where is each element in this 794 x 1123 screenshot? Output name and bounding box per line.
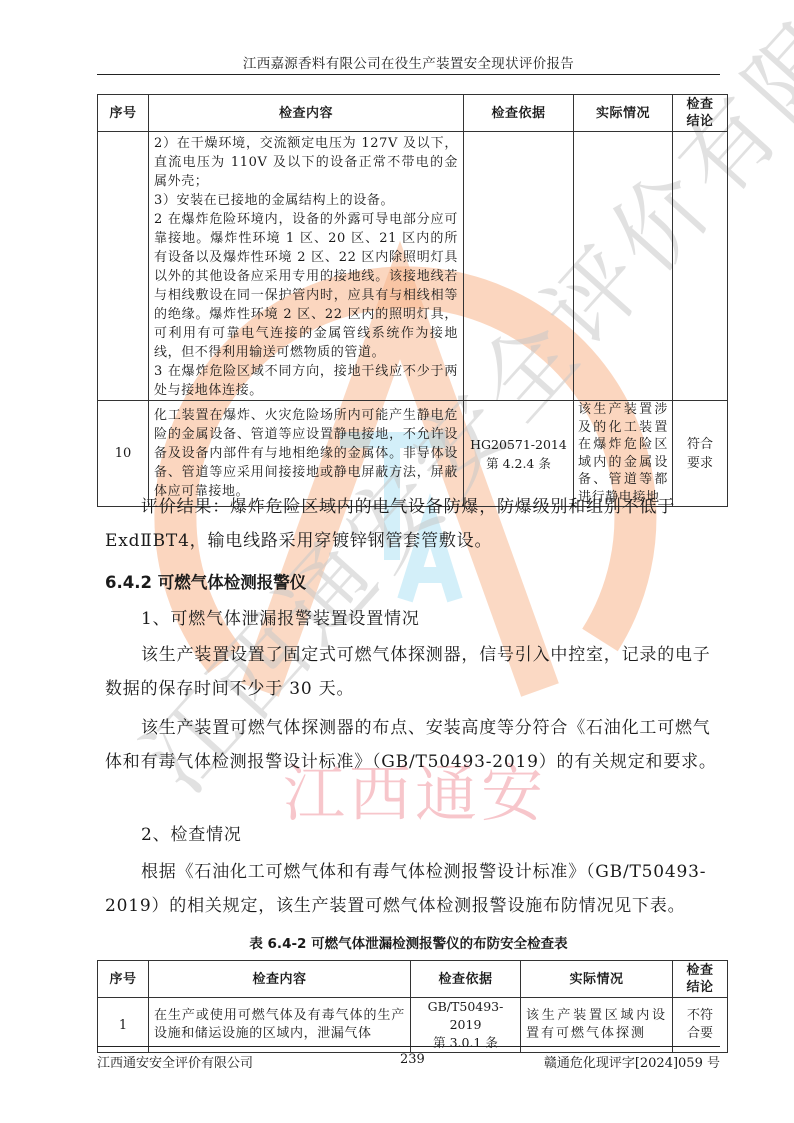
section-heading: 6.4.2 可燃气体检测报警仪: [105, 569, 306, 593]
inspection-table-continued: 序号 检查内容 检查依据 实际情况 检查 结论 2）在干燥环境，交流额定电压为 …: [97, 94, 728, 507]
footer-page-number: 239: [400, 1052, 425, 1067]
paragraph-2: 该生产装置可燃气体探测器的布点、安装高度等分符合《石油化工可燃气体和有毒气体检测…: [105, 711, 717, 779]
footer-company: 江西通安安全评价有限公司: [97, 1052, 253, 1071]
table-row: 2）在干燥环境，交流额定电压为 127V 及以下，直流电压为 110V 及以下的…: [98, 132, 728, 401]
col-header-content: 检查内容: [149, 961, 411, 998]
subheading-1: 1、可燃气体泄漏报警装置设置情况: [105, 602, 717, 636]
cell-content: 在生产或使用可燃气体及有毒气体的生产设施和储运设施的区域内，泄漏气体: [149, 998, 411, 1053]
subheading-2: 2、检查情况: [105, 818, 717, 852]
col-header-actual: 实际情况: [521, 961, 673, 998]
col-header-conclusion: 检查 结论: [673, 95, 728, 132]
col-header-basis: 检查依据: [464, 95, 574, 132]
cell-basis: [464, 132, 574, 401]
page-header-title: 江西嘉源香料有限公司在役生产装置安全现状评价报告: [97, 52, 720, 72]
table-row: 1 在生产或使用可燃气体及有毒气体的生产设施和储运设施的区域内，泄漏气体 GB/…: [98, 998, 728, 1053]
table-caption: 表 6.4-2 可燃气体泄漏检测报警仪的布防安全检查表: [97, 932, 720, 952]
header-divider: [97, 74, 720, 75]
cell-no: 1: [98, 998, 149, 1053]
gas-detector-inspection-table: 序号 检查内容 检查依据 实际情况 检查 结论 1 在生产或使用可燃气体及有毒气…: [97, 960, 728, 1053]
evaluation-result: 评价结果：爆炸危险区域内的电气设备防爆，防爆级别和组别不低于ExdⅡBT4，输电…: [105, 490, 717, 558]
col-header-conclusion: 检查 结论: [673, 961, 728, 998]
col-header-basis: 检查依据: [411, 961, 521, 998]
cell-content: 2）在干燥环境，交流额定电压为 127V 及以下，直流电压为 110V 及以下的…: [149, 132, 464, 401]
col-header-actual: 实际情况: [574, 95, 673, 132]
footer-divider: [97, 1046, 720, 1047]
cell-conclusion: [673, 132, 728, 401]
cell-basis: GB/T50493-2019 第 3.0.1 条: [411, 998, 521, 1053]
cell-no: [98, 132, 149, 401]
cell-actual: [574, 132, 673, 401]
col-header-content: 检查内容: [149, 95, 464, 132]
table-header-row: 序号 检查内容 检查依据 实际情况 检查 结论: [98, 961, 728, 998]
footer-doc-number: 赣通危化现评字[2024]059 号: [544, 1052, 720, 1071]
col-header-no: 序号: [98, 961, 149, 998]
cell-actual: 该生产装置区域内设置有可燃气体探测: [521, 998, 673, 1053]
paragraph-1: 该生产装置设置了固定式可燃气体探测器，信号引入中控室，记录的电子数据的保存时间不…: [105, 638, 717, 706]
cell-conclusion: 不符 合要: [673, 998, 728, 1053]
paragraph-3: 根据《石油化工可燃气体和有毒气体检测报警设计标准》（GB/T50493-2019…: [105, 855, 717, 923]
col-header-no: 序号: [98, 95, 149, 132]
table-header-row: 序号 检查内容 检查依据 实际情况 检查 结论: [98, 95, 728, 132]
